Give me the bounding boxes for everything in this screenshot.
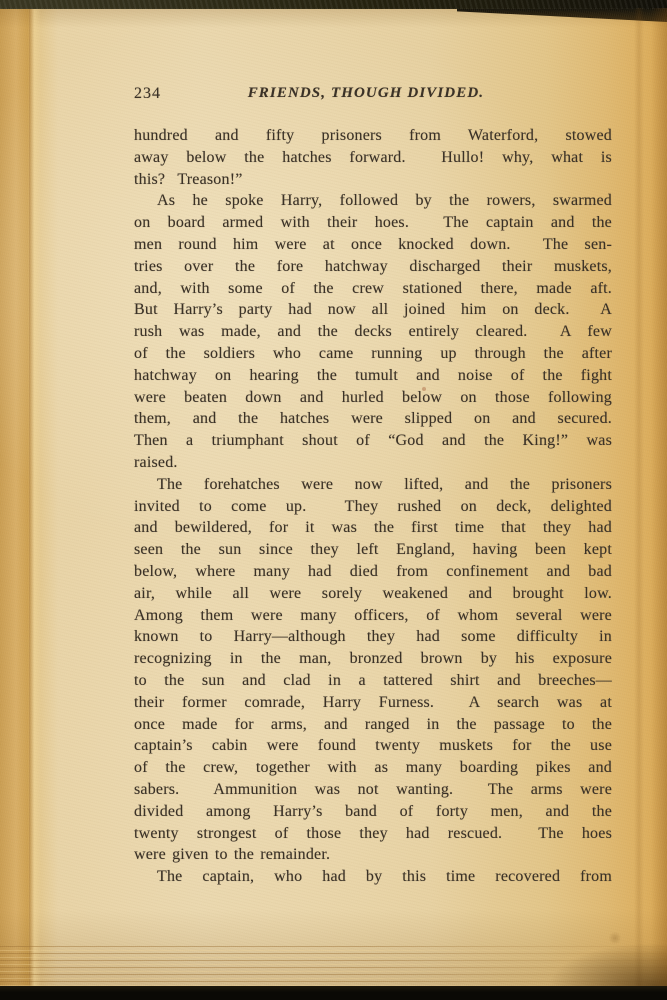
text-line: them, and the hatches were slipped on an… — [134, 408, 612, 430]
running-title: FRIENDS, THOUGH DIVIDED. — [248, 85, 484, 102]
text-line: of the crew, together with as many board… — [134, 757, 612, 779]
text-line: known to Harry—although they had some di… — [134, 626, 612, 648]
text-line: and bewildered, for it was the first tim… — [134, 517, 612, 539]
text-line: Among them were many officers, of whom s… — [134, 605, 612, 627]
page-body: hundred and fifty prisoners from Waterfo… — [134, 125, 612, 888]
text-line: rush was made, and the decks entirely cl… — [134, 321, 612, 343]
text-line: recognizing in the man, bronzed brown by… — [134, 648, 612, 670]
text-line: to the sun and clad in a tattered shirt … — [134, 670, 612, 692]
text-line: tries over the fore hatchway discharged … — [134, 256, 612, 278]
right-edge-shadow — [651, 8, 667, 988]
page-fold-ridge — [29, 8, 41, 988]
text-line: this? Treason!” — [134, 169, 612, 191]
bottom-gutter — [0, 986, 667, 1000]
text-line: divided among Harry’s band of forty men,… — [134, 801, 612, 823]
text-line: their former comrade, Harry Furness. A s… — [134, 692, 612, 714]
text-line: below, where many had died from confinem… — [134, 561, 612, 583]
text-line: The captain, who had by this time recove… — [134, 866, 612, 888]
text-line: seen the sun since they left England, ha… — [134, 539, 612, 561]
text-line: were given to the remainder. — [134, 844, 612, 866]
text-line: twenty strongest of those they had rescu… — [134, 823, 612, 845]
text-line: Then a triumphant shout of “God and the … — [134, 430, 612, 452]
scanned-book-page: 234 FRIENDS, THOUGH DIVIDED. hundred and… — [0, 0, 667, 1000]
text-line: captain’s cabin were found twenty musket… — [134, 735, 612, 757]
text-line: men round him were at once knocked down.… — [134, 234, 612, 256]
text-line: on board armed with their hoes. The capt… — [134, 212, 612, 234]
text-line: hundred and fifty prisoners from Waterfo… — [134, 125, 612, 147]
text-line: of the soldiers who came running up thro… — [134, 343, 612, 365]
running-header: 234 FRIENDS, THOUGH DIVIDED. — [134, 85, 612, 105]
text-line: invited to come up. They rushed on deck,… — [134, 496, 612, 518]
bottom-right-curl-shadow — [500, 900, 667, 990]
text-line: As he spoke Harry, followed by the rower… — [134, 190, 612, 212]
page-stack-left-edge — [0, 8, 31, 988]
text-line: air, while all were sorely weakened and … — [134, 583, 612, 605]
text-line: raised. — [134, 452, 612, 474]
text-line: and, with some of the crew stationed the… — [134, 278, 612, 300]
text-line: sabers. Ammunition was not wanting. The … — [134, 779, 612, 801]
text-line: once made for arms, and ranged in the pa… — [134, 714, 612, 736]
text-line: The forehatches were now lifted, and the… — [134, 474, 612, 496]
book-cover-top-edge — [0, 0, 667, 9]
text-line: But Harry’s party had now all joined him… — [134, 299, 612, 321]
text-line: away below the hatches forward. Hullo! w… — [134, 147, 612, 169]
page-number: 234 — [134, 85, 161, 103]
text-line: were beaten down and hurled below on tho… — [134, 387, 612, 409]
right-crease — [634, 8, 644, 988]
text-line: hatchway on hearing the tumult and noise… — [134, 365, 612, 387]
